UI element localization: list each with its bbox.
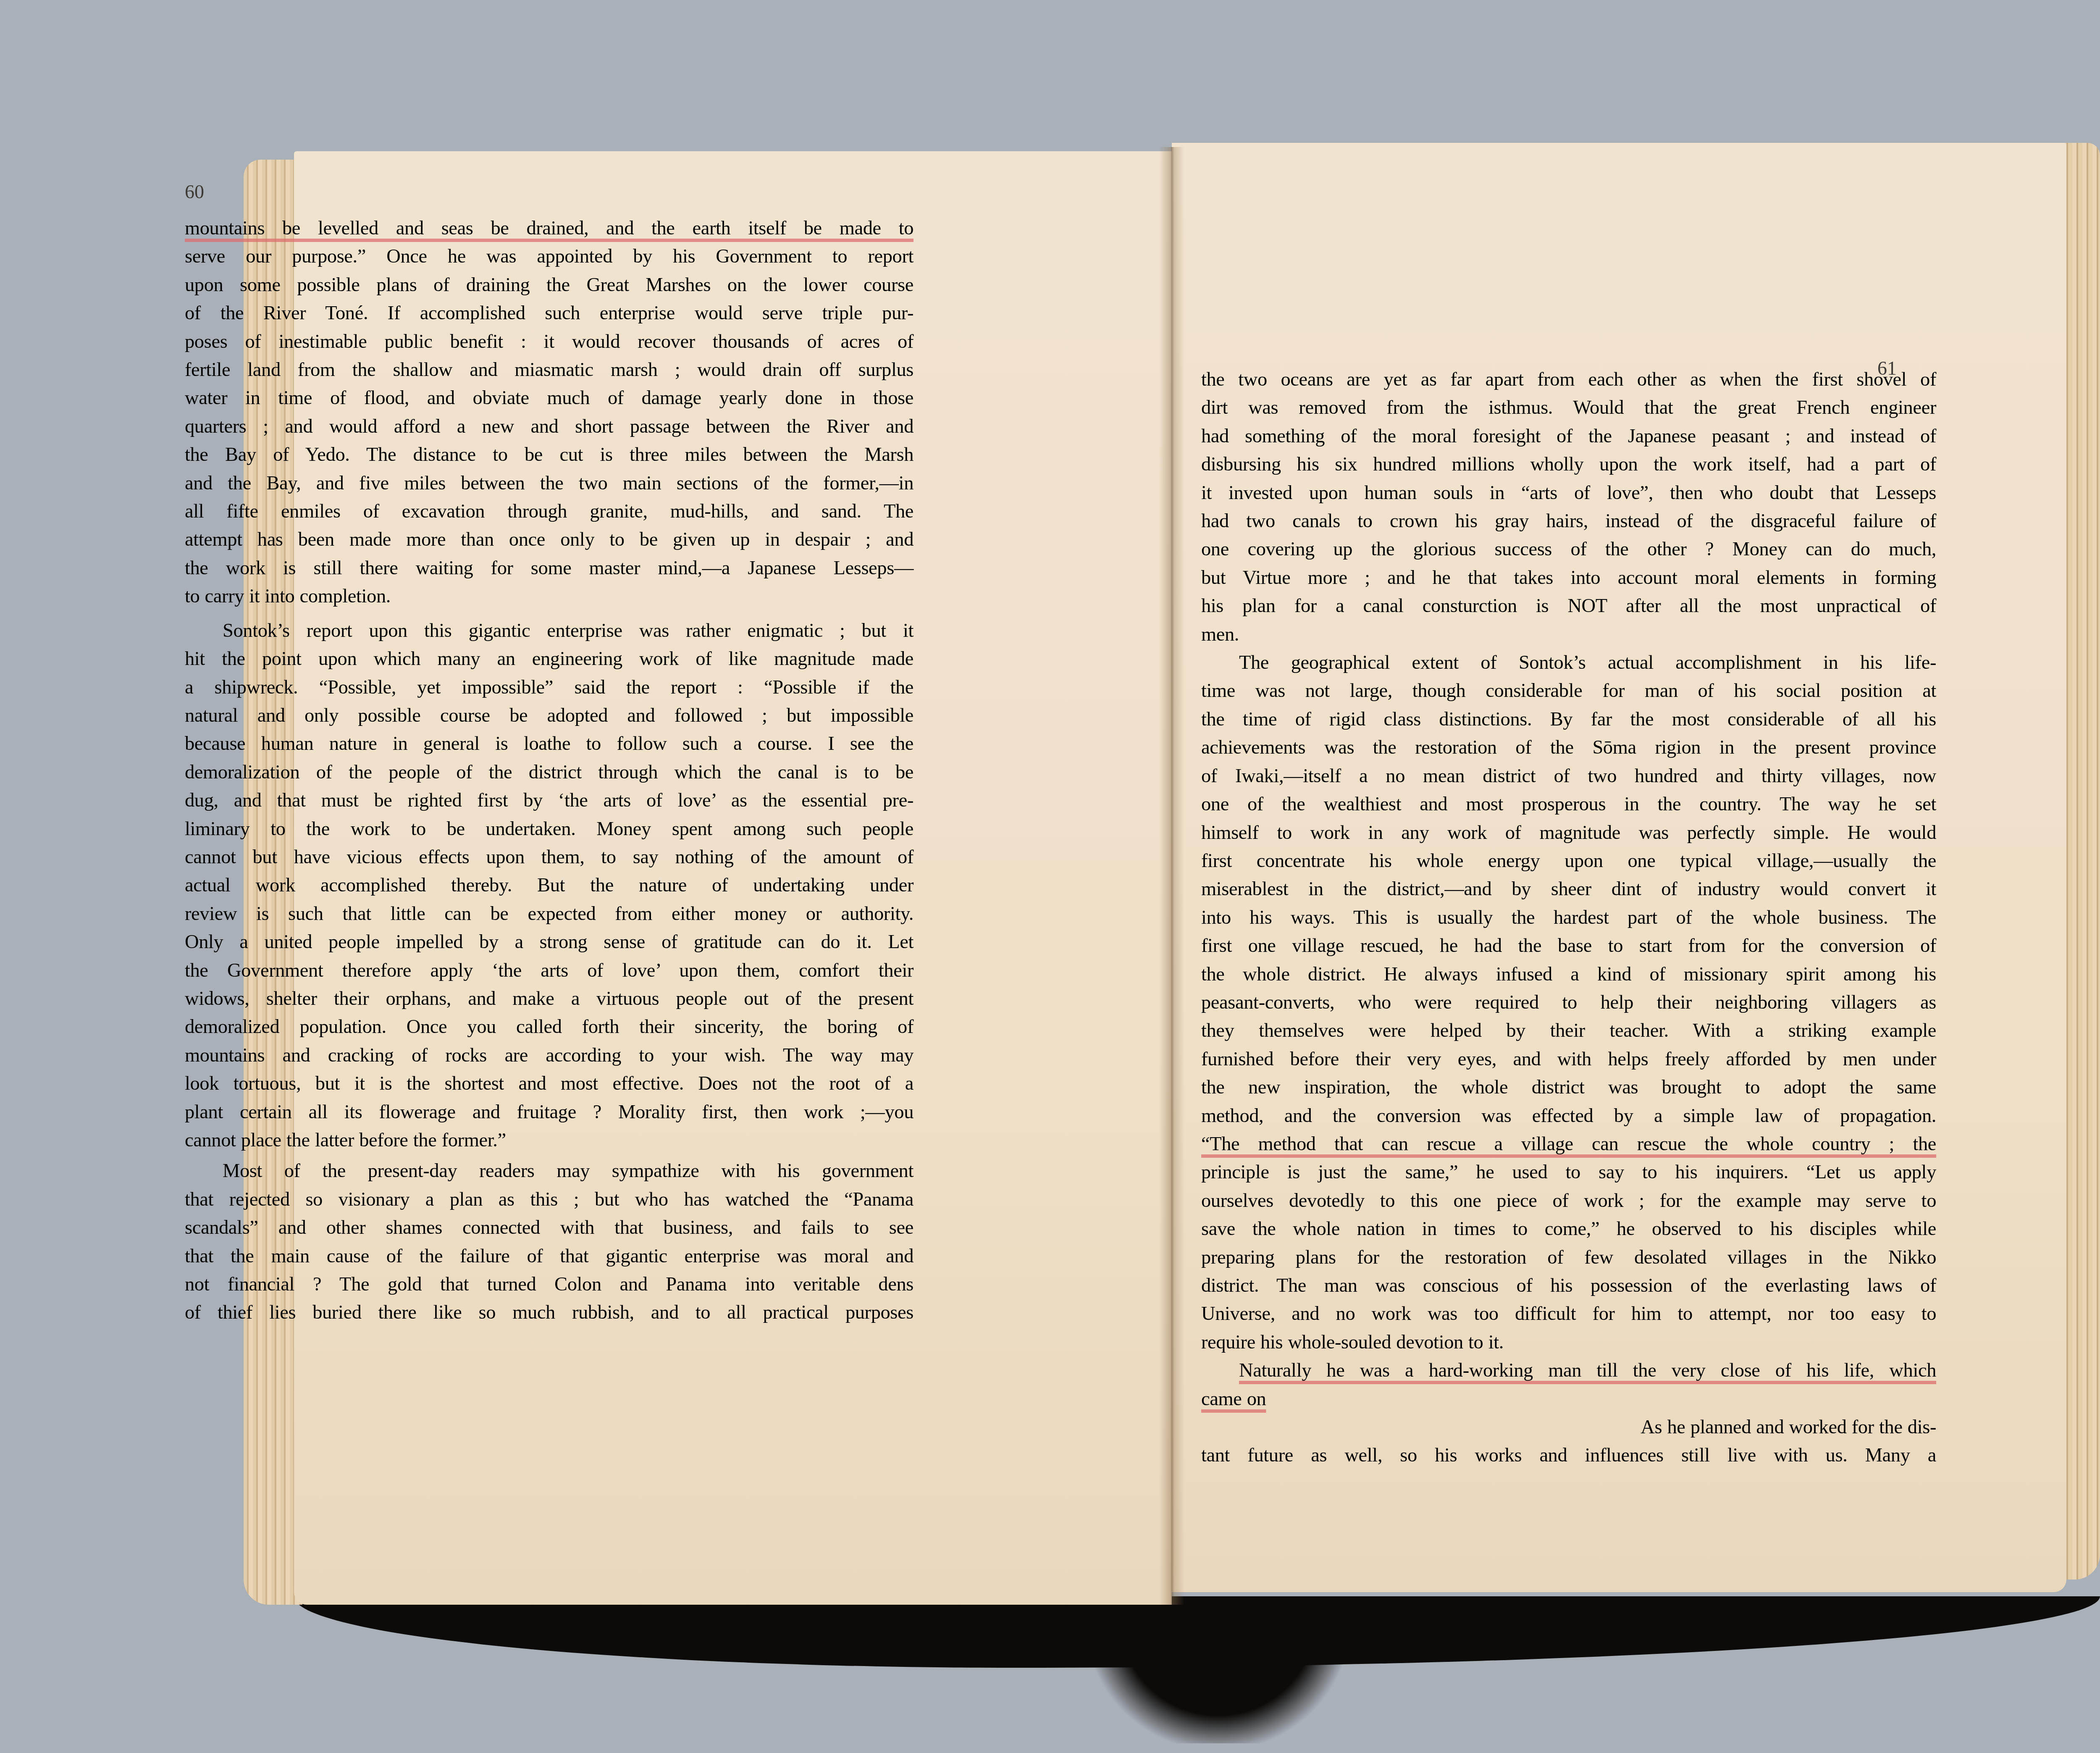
paragraph-start: Sontok’s report upon this gigantic enter…	[185, 617, 913, 645]
text-line: ourselves devotedly to this one piece of…	[1201, 1187, 1936, 1215]
text-line: fertile land from the shallow and miasma…	[185, 356, 913, 384]
text-line: liminary to the work to be undertaken. M…	[185, 815, 913, 843]
text-line: As he planned and worked for the dis-	[1201, 1413, 1936, 1441]
text-line: Universe, and no work was too difficult …	[1201, 1300, 1936, 1328]
text-line: not financial ? The gold that turned Col…	[185, 1270, 913, 1298]
text-line: disbursing his six hundred millions whol…	[1201, 450, 1936, 478]
text-line: the work is still there waiting for some…	[185, 554, 913, 582]
text-line: of Iwaki,—itself a no mean district of t…	[1201, 762, 1936, 790]
text-line: save the whole nation in times to come,”…	[1201, 1215, 1936, 1243]
text-line: mountains and cracking of rocks are acco…	[185, 1041, 913, 1070]
paragraph-start-underlined: Naturally he was a hard-working man till…	[1201, 1356, 1936, 1385]
text-line: miserablest in the district,—and by shee…	[1201, 875, 1936, 903]
text-line: one of the wealthiest and most prosperou…	[1201, 790, 1936, 818]
text-line: it invested upon human souls in “arts of…	[1201, 479, 1936, 507]
text-line: of thief lies buried there like so much …	[185, 1298, 913, 1327]
text-line: because human nature in general is loath…	[185, 730, 913, 758]
text-line: district. The man was conscious of his p…	[1201, 1272, 1936, 1300]
text-line: cannot place the latter before the forme…	[185, 1126, 913, 1154]
text-line: demoralization of the people of the dist…	[185, 758, 913, 786]
page-number-left: 60	[185, 181, 204, 203]
text-line: Only a united people impelled by a stron…	[185, 928, 913, 956]
text-line: had two canals to crown his gray hairs, …	[1201, 507, 1936, 535]
text-line: that rejected so visionary a plan as thi…	[185, 1185, 913, 1214]
paragraph-start: Most of the present-day readers may symp…	[185, 1157, 913, 1185]
text-line: natural and only possible course be adop…	[185, 702, 913, 730]
text-line: one covering up the glorious success of …	[1201, 535, 1936, 563]
text-line: require his whole-souled devotion to it.	[1201, 1328, 1936, 1356]
text-line: time was not large, though considerable …	[1201, 677, 1936, 705]
text-line: the Government therefore apply ‘the arts…	[185, 957, 913, 985]
text-line: preparing plans for the restoration of f…	[1201, 1243, 1936, 1272]
text-line-underlined: came on	[1201, 1385, 1936, 1413]
text-line: scandals” and other shames connected wit…	[185, 1214, 913, 1242]
text-line: they themselves were helped by their tea…	[1201, 1017, 1936, 1045]
right-page-edges	[2062, 143, 2100, 1580]
text-line: had something of the moral foresight of …	[1201, 422, 1936, 450]
text-line: dirt was removed from the isthmus. Would…	[1201, 394, 1936, 422]
text-line: but Virtue more ; and he that takes into…	[1201, 564, 1936, 592]
text-line: method, and the conversion was effected …	[1201, 1102, 1936, 1130]
text-line-underlined: “The method that can rescue a village ca…	[1201, 1130, 1936, 1158]
text-line: furnished before their very eyes, and wi…	[1201, 1045, 1936, 1073]
text-line: upon some possible plans of draining the…	[185, 271, 913, 299]
text-line-underlined: mountains be levelled and seas be draine…	[185, 214, 913, 242]
text-line: tant future as well, so his works and in…	[1201, 1441, 1936, 1469]
text-line: poses of inestimable public benefit : it…	[185, 328, 913, 356]
left-page-text: mountains be levelled and seas be draine…	[185, 214, 913, 1327]
text-line: plant certain all its flowerage and frui…	[185, 1098, 913, 1126]
text-line: look tortuous, but it is the shortest an…	[185, 1070, 913, 1098]
text-line: widows, shelter their orphans, and make …	[185, 985, 913, 1013]
book-gutter	[1159, 147, 1184, 1605]
text-line: cannot but have vicious effects upon the…	[185, 843, 913, 871]
text-line: the whole district. He always infused a …	[1201, 960, 1936, 988]
text-line: actual work accomplished thereby. But th…	[185, 871, 913, 899]
text-line: men.	[1201, 620, 1936, 649]
paragraph-start: The geographical extent of Sontok’s actu…	[1201, 649, 1936, 677]
text-line: water in time of flood, and obviate much…	[185, 384, 913, 412]
text-line: dug, and that must be righted first by ‘…	[185, 786, 913, 815]
text-line: peasant-converts, who were required to h…	[1201, 988, 1936, 1017]
text-line: the time of rigid class distinctions. By…	[1201, 705, 1936, 733]
text-line: the Bay of Yedo. The distance to be cut …	[185, 441, 913, 469]
text-line: and the Bay, and five miles between the …	[185, 469, 913, 497]
text-line: first one village rescued, he had the ba…	[1201, 932, 1936, 960]
text-line: the two oceans are yet as far apart from…	[1201, 365, 1936, 394]
text-line: of the River Toné. If accomplished such …	[185, 299, 913, 327]
text-line: the new inspiration, the whole district …	[1201, 1073, 1936, 1101]
text-line: demoralized population. Once you called …	[185, 1013, 913, 1041]
right-page-text: the two oceans are yet as far apart from…	[1201, 365, 1936, 1470]
text-line: review is such that little can be expect…	[185, 900, 913, 928]
text-line: to carry it into completion.	[185, 582, 913, 610]
text-line: first concentrate his whole energy upon …	[1201, 847, 1936, 875]
text-line: serve our purpose.” Once he was appointe…	[185, 242, 913, 271]
text-line: attempt has been made more than once onl…	[185, 526, 913, 554]
text-line: his plan for a canal consturction is NOT…	[1201, 592, 1936, 620]
text-line: that the main cause of the failure of th…	[185, 1242, 913, 1270]
text-line: principle is just the same,” he used to …	[1201, 1158, 1936, 1186]
book-shadow-drip	[1092, 1617, 1344, 1743]
text-line: into his ways. This is usually the harde…	[1201, 904, 1936, 932]
text-line: himself to work in any work of magnitude…	[1201, 819, 1936, 847]
text-line: quarters ; and would afford a new and sh…	[185, 413, 913, 441]
text-line: achievements was the restoration of the …	[1201, 733, 1936, 762]
text-line: hit the point upon which many an enginee…	[185, 645, 913, 673]
text-line: a shipwreck. “Possible, yet impossible” …	[185, 673, 913, 702]
text-line: all fifte enmiles of excavation through …	[185, 497, 913, 526]
